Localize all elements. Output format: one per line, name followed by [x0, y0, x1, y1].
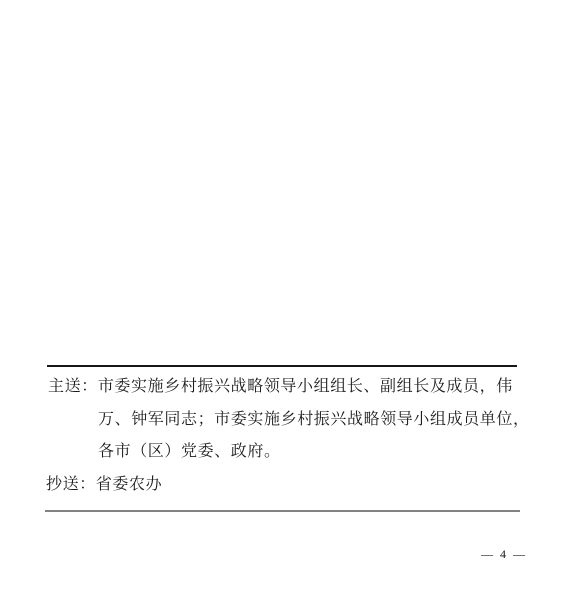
distribution-divider-bottom	[45, 510, 520, 512]
copy-send-label: 抄送：	[46, 476, 96, 493]
main-send-text-2: 万、钟军同志；市委实施乡村振兴战略领导小组成员单位，	[98, 411, 530, 429]
copy-send-line: 抄送：省委农办	[46, 476, 162, 494]
main-send-text-1: 市委实施乡村振兴战略领导小组组长、副组长及成员，伟	[98, 378, 513, 395]
main-send-text-3: 各市（区）党委、政府。	[98, 443, 281, 461]
document-page: 主送：市委实施乡村振兴战略领导小组组长、副组长及成员，伟 万、钟军同志；市委实施…	[0, 0, 582, 603]
copy-send-text: 省委农办	[96, 476, 162, 493]
distribution-divider-top	[47, 365, 517, 367]
page-number: — 4 —	[473, 547, 535, 561]
main-send-label: 主送：	[48, 378, 98, 395]
main-send-line-1: 主送：市委实施乡村振兴战略领导小组组长、副组长及成员，伟	[48, 378, 513, 396]
